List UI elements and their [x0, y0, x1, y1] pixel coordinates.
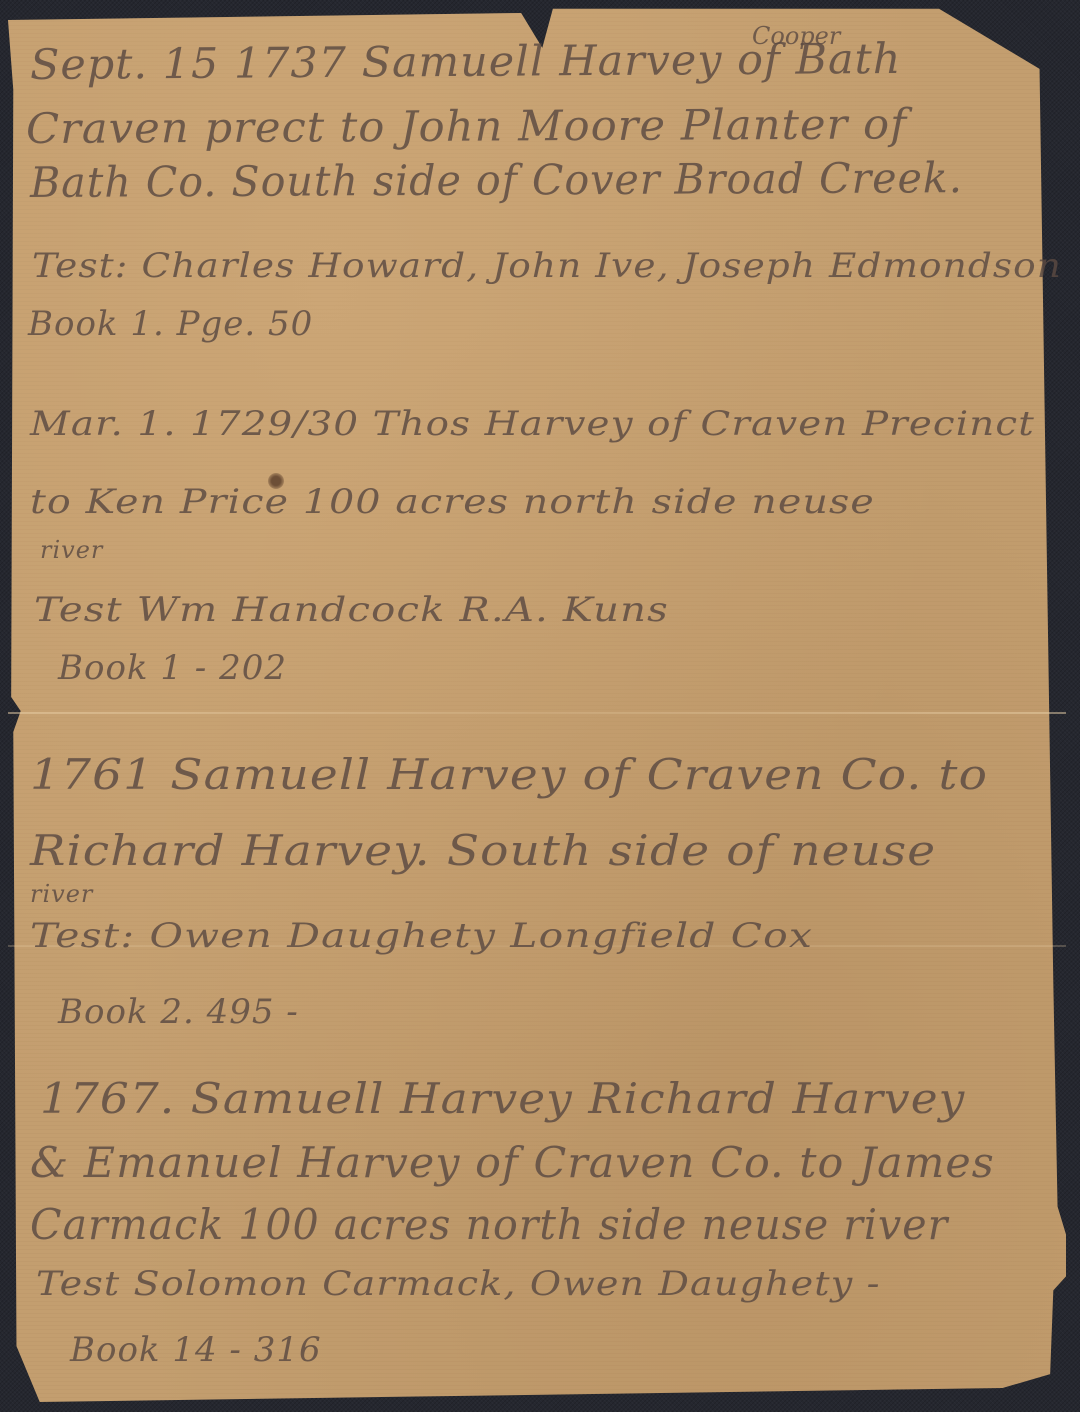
- entry-line: Sept. 15 1737 Samuell Harvey of Bath: [30, 34, 902, 89]
- book-reference: Book 1. Pge. 50: [28, 304, 313, 344]
- handwritten-text: Cooper Sept. 15 1737 Samuell Harvey of B…: [0, 0, 1080, 1412]
- entry-line: Mar. 1. 1729/30 Thos Harvey of Craven Pr…: [30, 404, 1035, 444]
- witnesses: Test: Charles Howard, John Ive, Joseph E…: [32, 246, 1062, 286]
- entry-line: river: [30, 880, 93, 908]
- witnesses: Test: Owen Daughety Longfield Cox: [30, 916, 813, 956]
- witnesses: Test Solomon Carmack, Owen Daughety -: [36, 1264, 881, 1304]
- entry-line: & Emanuel Harvey of Craven Co. to James: [30, 1138, 995, 1187]
- book-reference: Book 2. 495 -: [58, 992, 299, 1032]
- entry-line: Carmack 100 acres north side neuse river: [30, 1200, 948, 1249]
- witnesses: Test Wm Handcock R.A. Kuns: [34, 590, 669, 630]
- entry-line: Bath Co. South side of Cover Broad Creek…: [30, 153, 963, 207]
- entry-line: Craven prect to John Moore Planter of: [26, 99, 907, 153]
- book-reference: Book 1 - 202: [58, 648, 287, 688]
- book-reference: Book 14 - 316: [70, 1330, 322, 1370]
- entry-line: Richard Harvey. South side of neuse: [30, 826, 936, 875]
- entry-line: river: [40, 536, 103, 564]
- entry-line: 1767. Samuell Harvey Richard Harvey: [40, 1074, 965, 1123]
- entry-line: 1761 Samuell Harvey of Craven Co. to: [30, 750, 988, 799]
- entry-line: to Ken Price 100 acres north side neuse: [30, 482, 875, 522]
